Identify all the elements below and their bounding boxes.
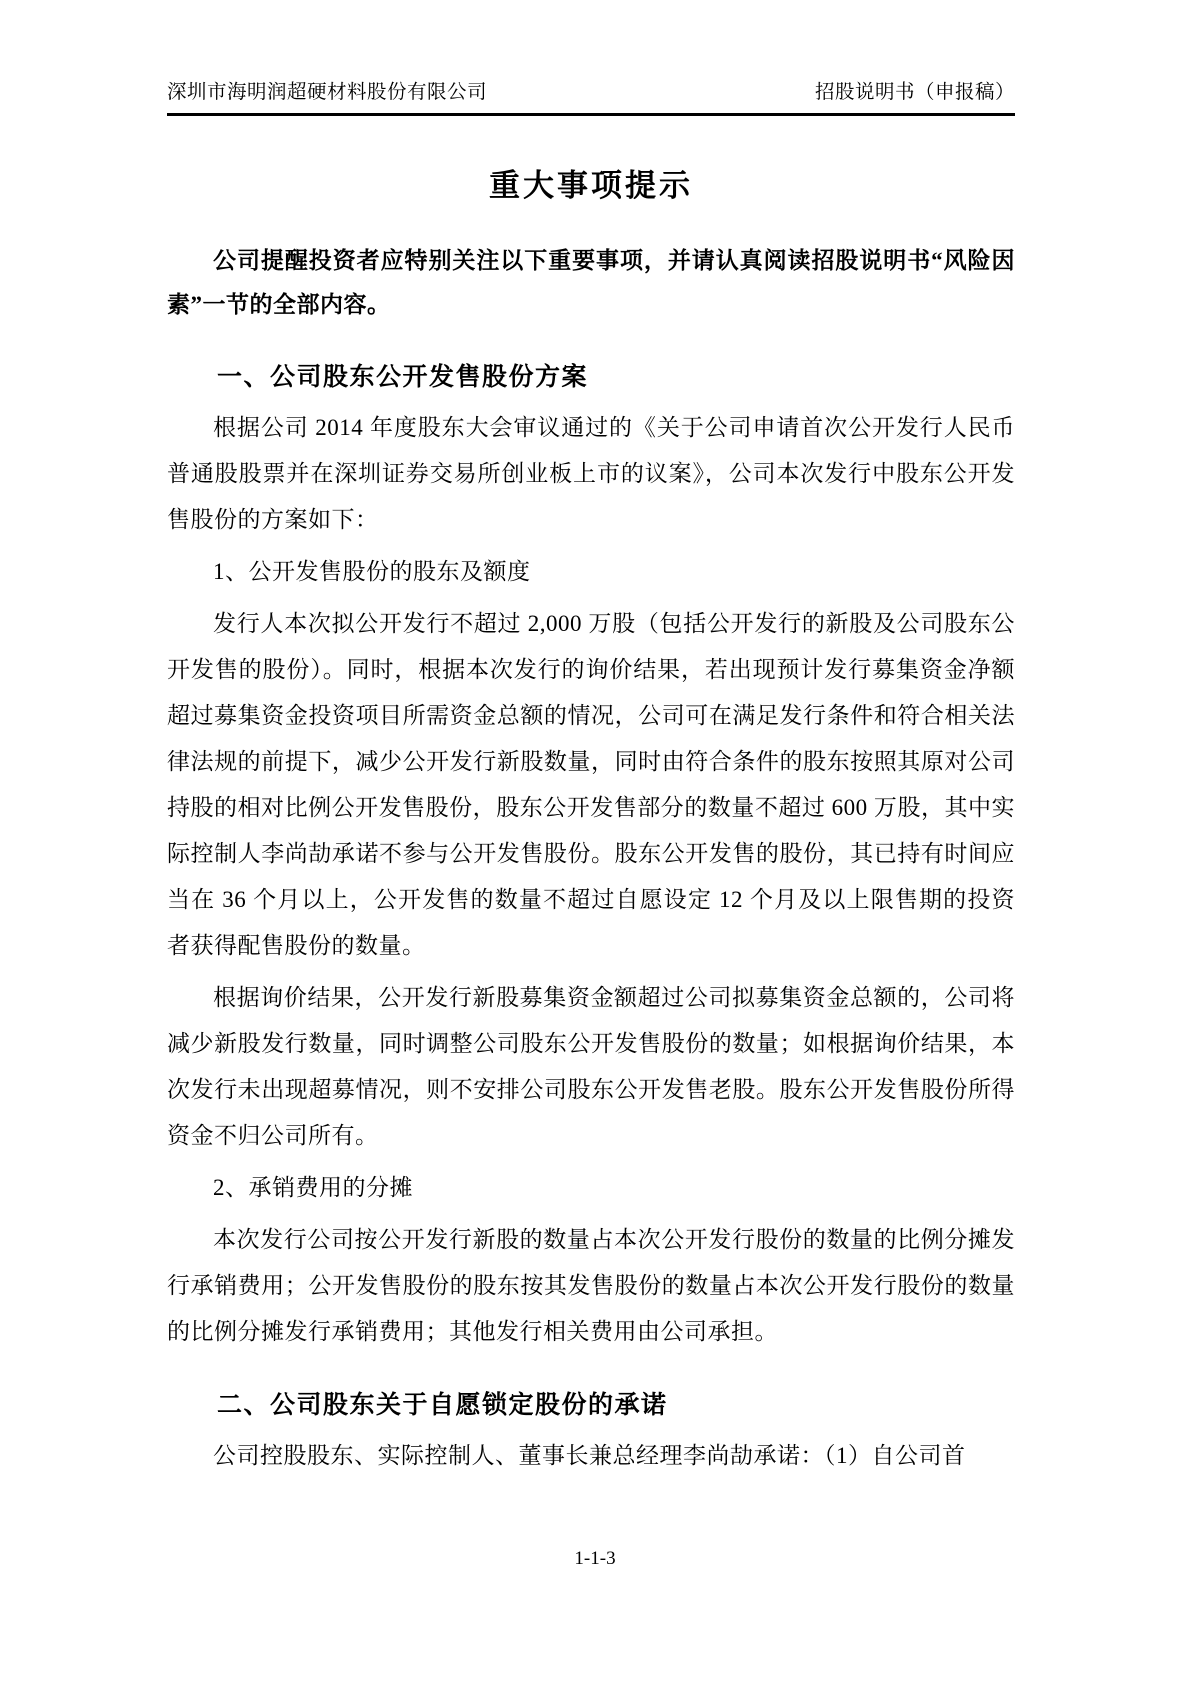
section-2-heading: 二、公司股东关于自愿锁定股份的承诺 [167,1385,1015,1421]
page-title: 重大事项提示 [167,160,1015,205]
investor-notice: 公司提醒投资者应特别关注以下重要事项，并请认真阅读招股说明书“风险因素”一节的全… [167,239,1015,327]
section-1-paragraph: 根据公司 2014 年度股东大会审议通过的《关于公司申请首次公开发行人民币普通股… [167,405,1015,543]
page-number: 1-1-3 [0,1548,1190,1570]
section-1-subitem-1: 1、公开发售股份的股东及额度 [167,549,1015,595]
header-doc-type: 招股说明书（申报稿） [815,76,1015,104]
section-1-paragraph: 本次发行公司按公开发行新股的数量占本次公开发行股份的数量的比例分摊发行承销费用；… [167,1217,1015,1355]
header-company-name: 深圳市海明润超硬材料股份有限公司 [167,76,487,104]
page-header: 深圳市海明润超硬材料股份有限公司 招股说明书（申报稿） [167,76,1015,116]
section-2-paragraph: 公司控股股东、实际控制人、董事长兼总经理李尚劼承诺：（1）自公司首 [167,1433,1015,1479]
section-1-paragraph: 根据询价结果，公开发行新股募集资金额超过公司拟募集资金总额的，公司将减少新股发行… [167,975,1015,1159]
section-1-paragraph: 发行人本次拟公开发行不超过 2,000 万股（包括公开发行的新股及公司股东公开发… [167,601,1015,969]
section-1-heading: 一、公司股东公开发售股份方案 [167,357,1015,393]
section-1-subitem-2: 2、承销费用的分摊 [167,1165,1015,1211]
document-page: 深圳市海明润超硬材料股份有限公司 招股说明书（申报稿） 重大事项提示 公司提醒投… [0,0,1190,1683]
